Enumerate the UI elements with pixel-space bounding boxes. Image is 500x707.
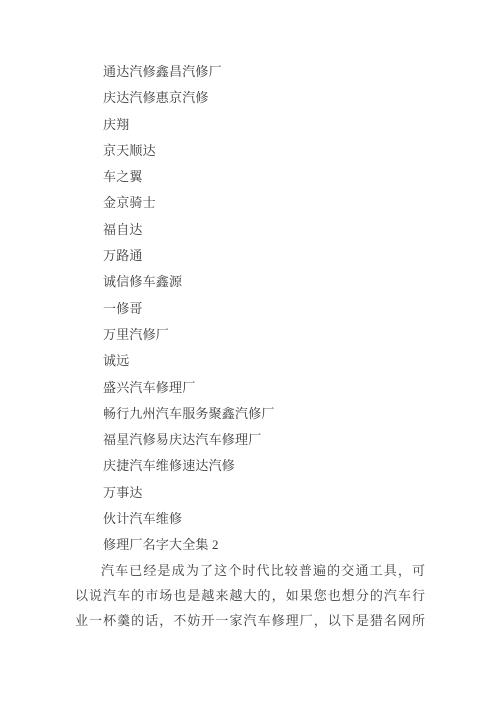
list-item: 伙计汽车维修: [103, 506, 275, 532]
list-item: 一修哥: [103, 296, 275, 322]
list-item: 诚远: [103, 348, 275, 374]
list-item: 畅行九州汽车服务聚鑫汽修厂: [103, 401, 275, 427]
list-item: 通达汽修鑫昌汽修厂: [103, 59, 275, 85]
intro-paragraph: 汽车已经是成为了这个时代比较普遍的交通工具，可以说汽车的市场也是越来越大的，如果…: [75, 558, 425, 633]
list-item: 万路通: [103, 243, 275, 269]
section-heading: 修理厂名字大全集 2: [103, 532, 219, 558]
list-item: 车之翼: [103, 164, 275, 190]
document-page: 通达汽修鑫昌汽修厂庆达汽修惠京汽修庆翔京天顺达车之翼金京骑士福自达万路通诚信修车…: [0, 0, 500, 707]
paragraph-line: 汽车已经是成为了这个时代比较普遍的交通工具，可: [75, 558, 425, 583]
list-item: 京天顺达: [103, 138, 275, 164]
list-item: 福星汽修易庆达汽车修理厂: [103, 427, 275, 453]
list-item: 盛兴汽车修理厂: [103, 375, 275, 401]
list-item: 万事达: [103, 480, 275, 506]
list-item: 诚信修车鑫源: [103, 269, 275, 295]
list-item: 金京骑士: [103, 190, 275, 216]
list-item: 万里汽修厂: [103, 322, 275, 348]
list-item: 庆捷汽车维修速达汽修: [103, 453, 275, 479]
paragraph-line: 业一杯羹的话，不妨开一家汽车修理厂，以下是猎名网所: [75, 608, 425, 633]
list-item: 福自达: [103, 217, 275, 243]
shop-name-list: 通达汽修鑫昌汽修厂庆达汽修惠京汽修庆翔京天顺达车之翼金京骑士福自达万路通诚信修车…: [103, 59, 275, 532]
paragraph-line: 以说汽车的市场也是越来越大的，如果您也想分的汽车行: [75, 583, 425, 608]
list-item: 庆翔: [103, 112, 275, 138]
list-item: 庆达汽修惠京汽修: [103, 85, 275, 111]
